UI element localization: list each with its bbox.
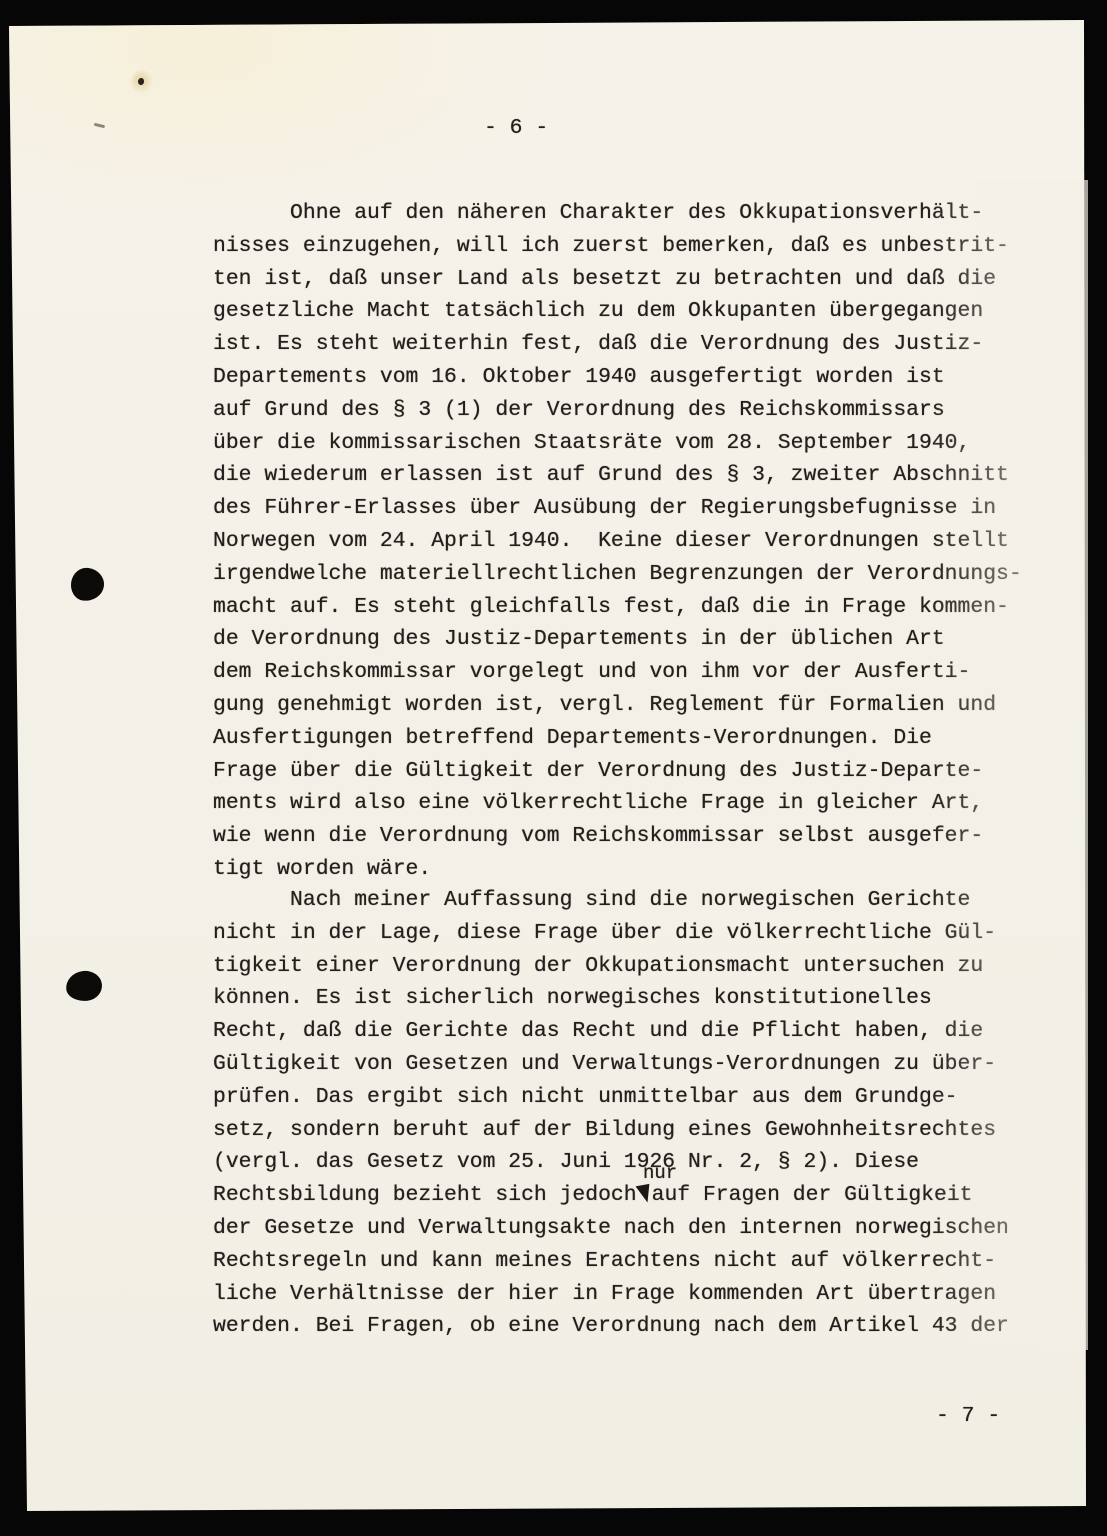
text-line: prüfen. Das ergibt sich nicht unmittelba… bbox=[213, 1081, 1009, 1114]
document-scan: - 6 - Ohne auf den näheren Charakter des… bbox=[0, 0, 1107, 1536]
text-line: nisses einzugehen, will ich zuerst bemer… bbox=[213, 230, 1022, 263]
text-line: des Führer-Erlasses über Ausübung der Re… bbox=[213, 492, 1022, 525]
text-line: können. Es ist sicherlich norwegisches k… bbox=[213, 982, 1009, 1015]
paragraph-1: Ohne auf den näheren Charakter des Okkup… bbox=[213, 197, 1022, 886]
inserted-word: nur bbox=[643, 1164, 677, 1183]
text-line: der Gesetze und Verwaltungsakte nach den… bbox=[213, 1212, 1009, 1245]
text-line: tigkeit einer Verordnung der Okkupations… bbox=[213, 950, 1009, 983]
text-line: wie wenn die Verordnung vom Reichskommis… bbox=[213, 820, 1022, 853]
paragraph-2: Nach meiner Auffassung sind die norwegis… bbox=[213, 884, 1009, 1343]
text-line: auf Grund des § 3 (1) der Verordnung des… bbox=[213, 394, 1022, 427]
text-line: gesetzliche Macht tatsächlich zu dem Okk… bbox=[213, 295, 1022, 328]
correction-before-text: Rechtsbildung bezieht sich jedoch bbox=[213, 1183, 637, 1207]
text-line: über die kommissarischen Staatsräte vom … bbox=[213, 427, 1022, 460]
text-line: de Verordnung des Justiz-Departements in… bbox=[213, 623, 1022, 656]
text-line: gung genehmigt worden ist, vergl. Reglem… bbox=[213, 689, 1022, 722]
text-line: Departements vom 16. Oktober 1940 ausgef… bbox=[213, 361, 1022, 394]
insertion-caret-icon bbox=[635, 1184, 652, 1204]
correction-after-text: auf Fragen der Gültigkeit bbox=[652, 1183, 973, 1207]
text-line: macht auf. Es steht gleichfalls fest, da… bbox=[213, 591, 1022, 624]
text-line: tigt worden wäre. bbox=[213, 853, 1022, 886]
text-line: ten ist, daß unser Land als besetzt zu b… bbox=[213, 263, 1022, 296]
text-line: Rechtsregeln und kann meines Erachtens n… bbox=[213, 1245, 1009, 1278]
text-line: nicht in der Lage, diese Frage über die … bbox=[213, 917, 1009, 950]
page-number-top: - 6 - bbox=[484, 116, 548, 140]
text-line: die wiederum erlassen ist auf Grund des … bbox=[213, 459, 1022, 492]
text-line: werden. Bei Fragen, ob eine Verordnung n… bbox=[213, 1310, 1009, 1343]
text-line: Nach meiner Auffassung sind die norwegis… bbox=[213, 884, 1009, 917]
text-line: dem Reichskommissar vorgelegt und von ih… bbox=[213, 656, 1022, 689]
text-line: irgendwelche materiellrechtlichen Begren… bbox=[213, 558, 1022, 591]
text-line: Frage über die Gültigkeit der Verordnung… bbox=[213, 755, 1022, 788]
text-line: Recht, daß die Gerichte das Recht und di… bbox=[213, 1015, 1009, 1048]
text-line: ist. Es steht weiterhin fest, daß die Ve… bbox=[213, 328, 1022, 361]
text-line: setz, sondern beruht auf der Bildung ein… bbox=[213, 1114, 1009, 1147]
text-line: Gültigkeit von Gesetzen und Verwaltungs-… bbox=[213, 1048, 1009, 1081]
text-line: Norwegen vom 24. April 1940. Keine diese… bbox=[213, 525, 1022, 558]
text-line: (vergl. das Gesetz vom 25. Juni 1926 Nr.… bbox=[213, 1146, 1009, 1179]
text-line-with-insertion: Rechtsbildung bezieht sich jedochauf Fra… bbox=[213, 1179, 1009, 1212]
text-line: ments wird also eine völkerrechtliche Fr… bbox=[213, 787, 1022, 820]
text-line: Ausfertigungen betreffend Departements-V… bbox=[213, 722, 1022, 755]
page-number-bottom: - 7 - bbox=[936, 1404, 1000, 1428]
text-line: liche Verhältnisse der hier in Frage kom… bbox=[213, 1278, 1009, 1311]
dark-speck bbox=[138, 78, 144, 85]
text-line: Ohne auf den näheren Charakter des Okkup… bbox=[213, 197, 1022, 230]
